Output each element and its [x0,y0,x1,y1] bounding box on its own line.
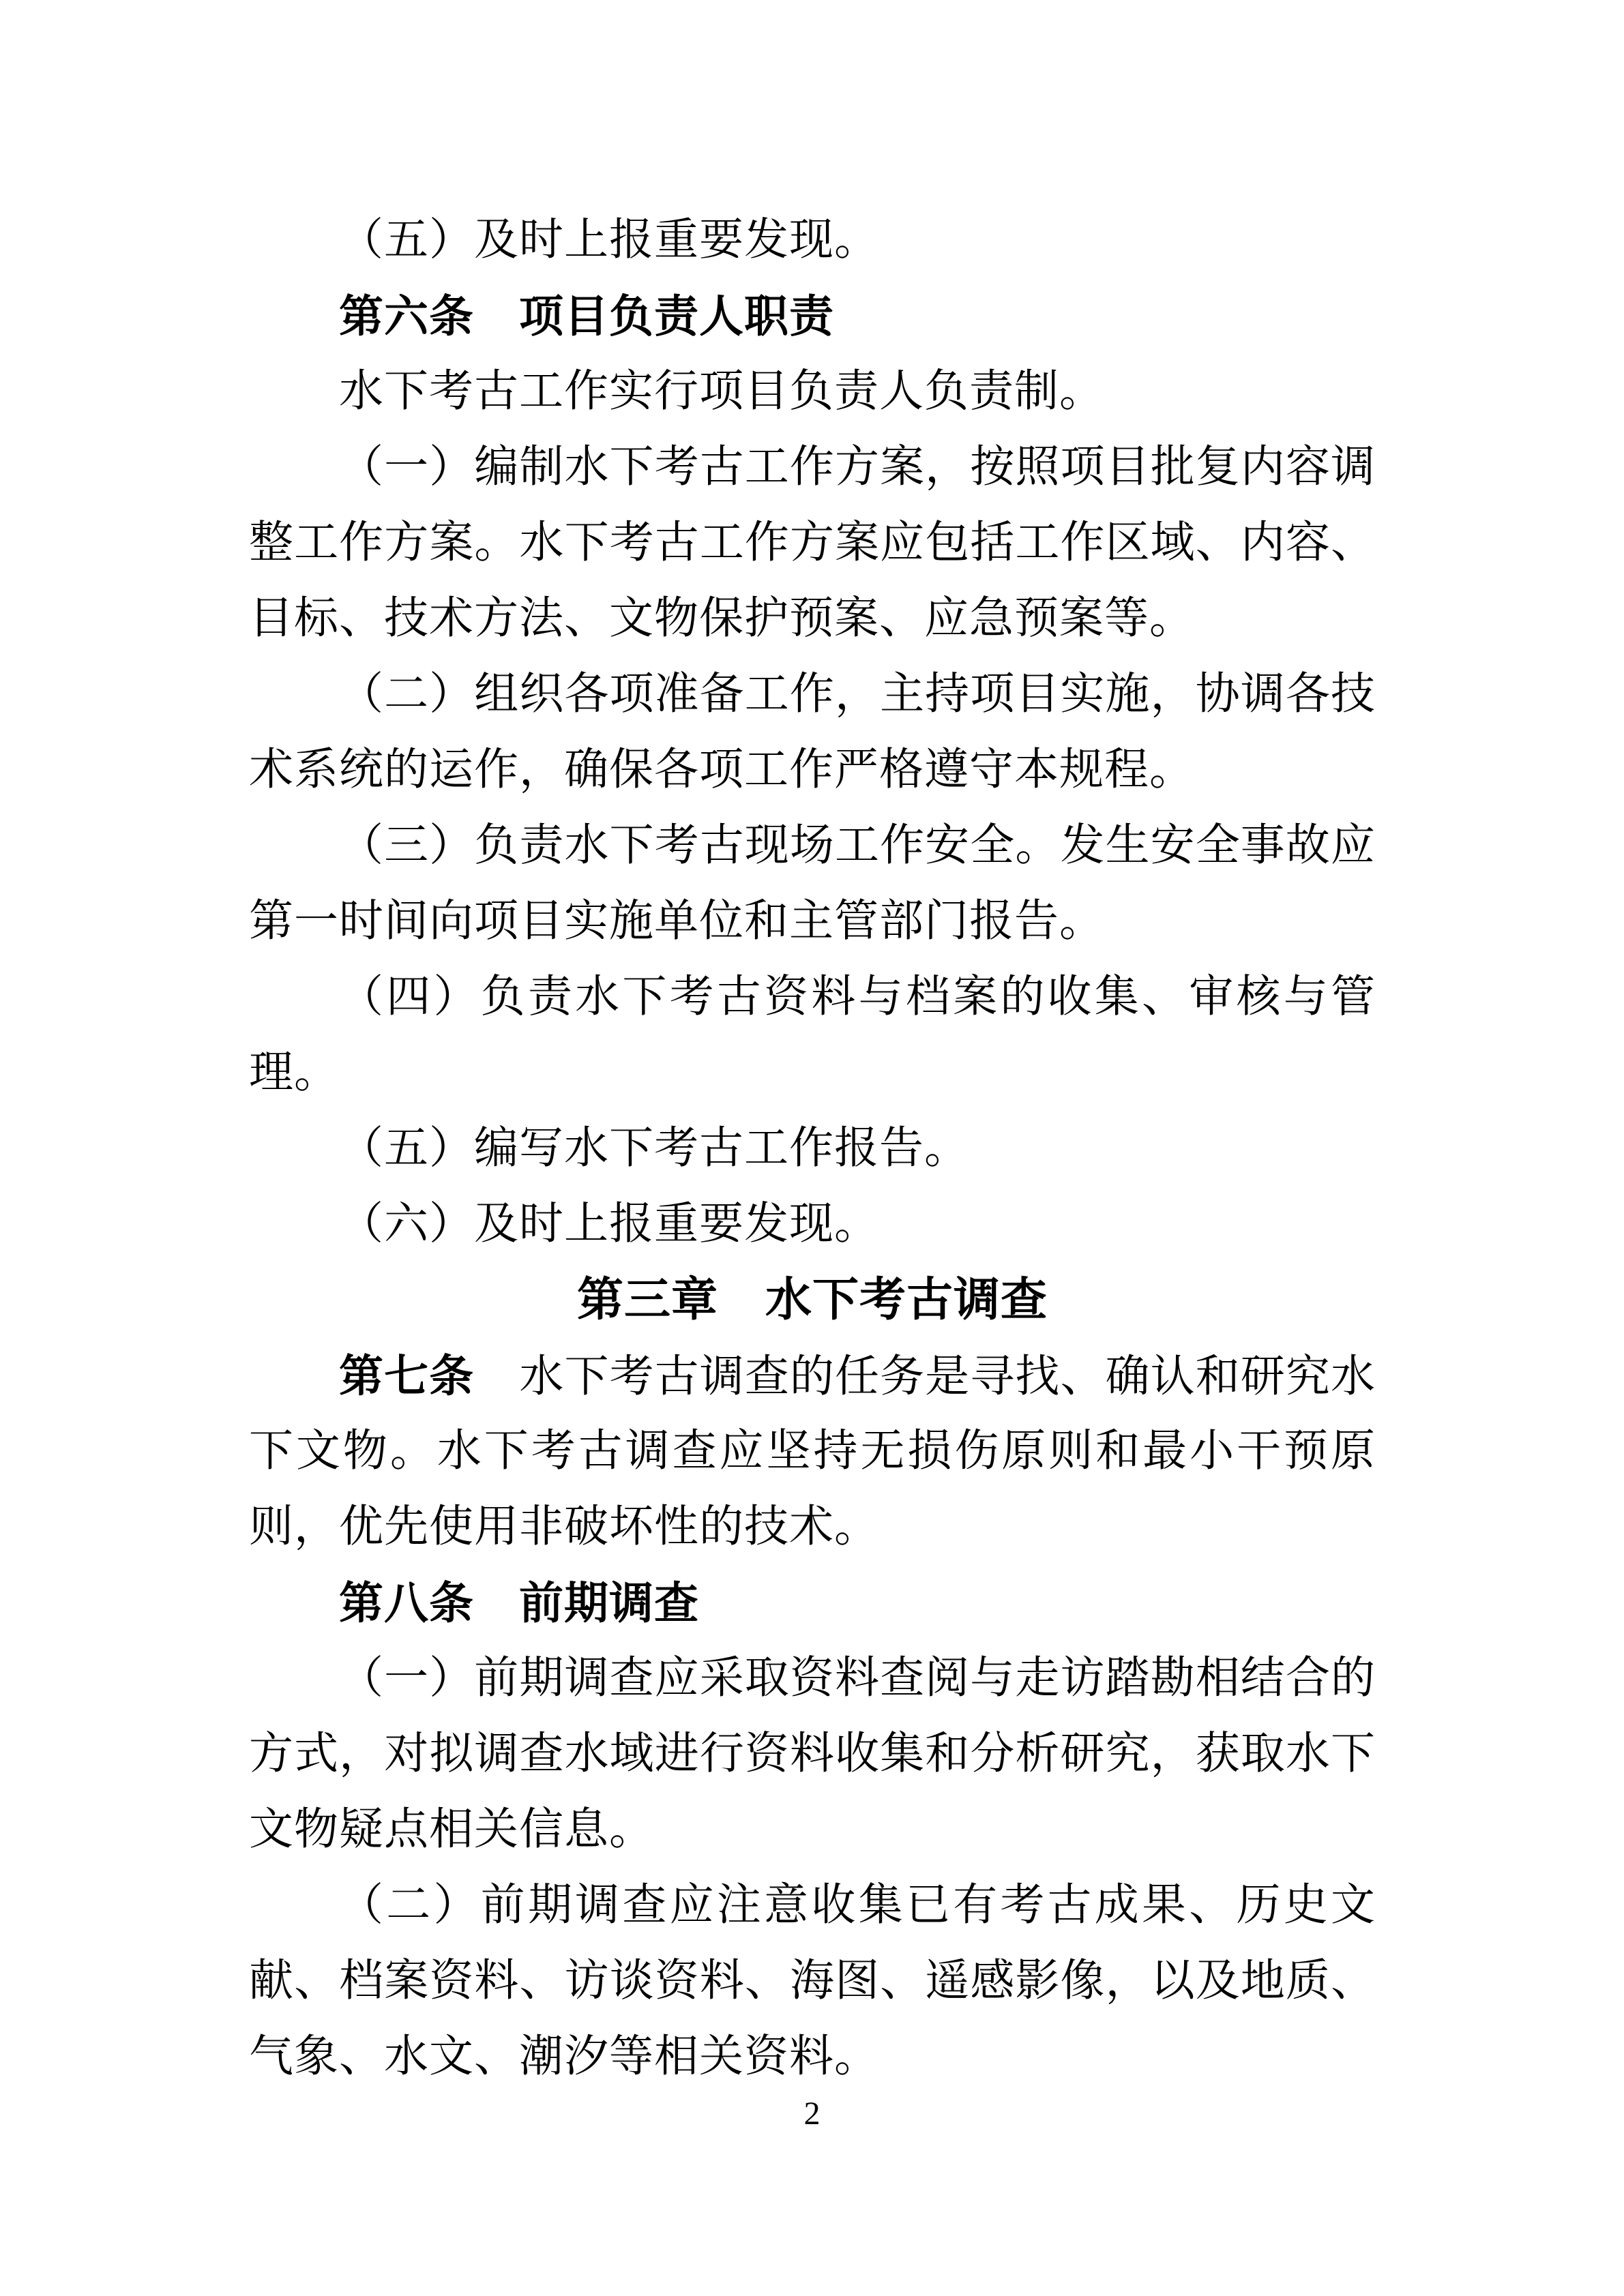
document-line: （一）编制水下考古工作方案，按照项目批复内容调 [249,430,1376,505]
document-line: （一）前期调查应采取资料查阅与走访踏勘相结合的 [249,1641,1376,1716]
document-line: 第一时间向项目实施单位和主管部门报告。 [249,884,1376,959]
document-line: 目标、技术方法、文物保护预案、应急预案等。 [249,581,1376,657]
document-line: （二）前期调查应注意收集已有考古成果、历史文 [249,1868,1376,1943]
document-line: （五）及时上报重要发现。 [249,203,1376,278]
chapter-heading: 第三章 水下考古调查 [249,1262,1376,1338]
article-heading: 第六条 项目负责人职责 [249,278,1376,354]
article-heading: 第八条 前期调查 [249,1565,1376,1641]
document-line: 下文物。水下考古调查应坚持无损伤原则和最小干预原 [249,1414,1376,1489]
document-line: （二）组织各项准备工作，主持项目实施，协调各技 [249,657,1376,732]
document-line: （五）编写水下考古工作报告。 [249,1111,1376,1187]
document-line: 气象、水文、潮汐等相关资料。 [249,2019,1376,2095]
document-line: （三）负责水下考古现场工作安全。发生安全事故应 [249,808,1376,884]
document-line: 文物疑点相关信息。 [249,1792,1376,1868]
page-number: 2 [0,2093,1624,2134]
document-page: （五）及时上报重要发现。 第六条 项目负责人职责 水下考古工作实行项目负责人负责… [0,0,1624,2296]
document-line: 水下考古工作实行项目负责人负责制。 [249,354,1376,430]
document-line: 则，优先使用非破坏性的技术。 [249,1489,1376,1565]
document-body: （五）及时上报重要发现。 第六条 项目负责人职责 水下考古工作实行项目负责人负责… [249,203,1376,2095]
document-line: 整工作方案。水下考古工作方案应包括工作区域、内容、 [249,505,1376,581]
document-line: （六）及时上报重要发现。 [249,1187,1376,1262]
document-line: 术系统的运作，确保各项工作严格遵守本规程。 [249,732,1376,808]
document-line: （四）负责水下考古资料与档案的收集、审核与管 [249,959,1376,1035]
article-number: 第七条 [339,1351,474,1401]
document-line: 理。 [249,1035,1376,1111]
document-line: 第七条 水下考古调查的任务是寻找、确认和研究水 [249,1338,1376,1414]
document-line: 方式，对拟调查水域进行资料收集和分析研究，获取水下 [249,1716,1376,1792]
line-text: 水下考古调查的任务是寻找、确认和研究水 [474,1352,1376,1401]
document-line: 献、档案资料、访谈资料、海图、遥感影像，以及地质、 [249,1943,1376,2019]
